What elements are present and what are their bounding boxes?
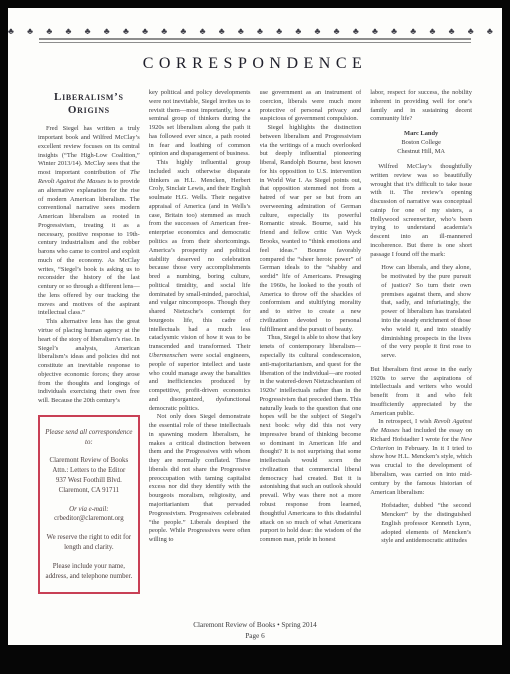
signature-name: Marc Landy bbox=[370, 130, 472, 139]
paragraph: This highly influential group included s… bbox=[149, 159, 251, 413]
column-2: key political and policy developments we… bbox=[149, 89, 251, 613]
paragraph: But liberalism first arose in the early … bbox=[370, 366, 472, 419]
section-title: CORRESPONDENCE bbox=[8, 54, 502, 74]
blockquote: How can liberals, and they alone, be mot… bbox=[381, 264, 471, 360]
column-3: use government as an instrument of coerc… bbox=[260, 89, 362, 613]
heading-line-1: Liberalism’s bbox=[38, 91, 140, 104]
paragraph: key political and policy developments we… bbox=[149, 89, 251, 159]
double-rule-divider bbox=[39, 38, 471, 43]
paragraph: Thus, Siegel is able to show that key te… bbox=[260, 334, 362, 544]
signature-affiliation: Chestnut Hill, MA bbox=[370, 148, 472, 157]
magazine-page: ♣ ♣ ♣ ♣ ♣ ♣ ♣ ♣ ♣ ♣ ♣ ♣ ♣ ♣ ♣ ♣ ♣ ♣ ♣ ♣ … bbox=[8, 8, 502, 645]
paragraph: Siegel highlights the distinction betwee… bbox=[260, 124, 362, 334]
box-address: Claremont Review of Books Attn.: Letters… bbox=[45, 456, 133, 495]
column-4: labor, respect for success, the nobility… bbox=[370, 89, 472, 613]
paragraph: use government as an instrument of coerc… bbox=[260, 89, 362, 124]
text-columns: Liberalism’s Origins Fred Siegel has wri… bbox=[38, 89, 472, 613]
heading-line-2: Origins bbox=[38, 104, 140, 117]
paragraph: This alternative lens has the great virt… bbox=[38, 318, 140, 406]
paragraph: Wilfred McClay’s thoughtfully written re… bbox=[370, 163, 472, 259]
address-line-3: 937 West Foothill Blvd. bbox=[45, 476, 133, 486]
address-line-4: Claremont, CA 91711 bbox=[45, 486, 133, 496]
box-note-include: Please include your name, address, and t… bbox=[45, 562, 133, 582]
email-address: crbeditor@claremont.org bbox=[45, 514, 133, 524]
paragraph: Not only does Siegel demonstrate the ess… bbox=[149, 413, 251, 544]
correspondence-box: Please send all correspondence to: Clare… bbox=[38, 415, 140, 595]
paragraph: In retrospect, I wish Revolt Against the… bbox=[370, 418, 472, 497]
column-1: Liberalism’s Origins Fred Siegel has wri… bbox=[38, 89, 140, 613]
footer-journal-date: Claremont Review of Books • Spring 2014 bbox=[8, 620, 502, 631]
page-footer: Claremont Review of Books • Spring 2014 … bbox=[8, 620, 502, 642]
column-1-body: Fred Siegel has written a truly importan… bbox=[38, 125, 140, 406]
address-line-2: Attn.: Letters to the Editor bbox=[45, 466, 133, 476]
paragraph: Fred Siegel has written a truly importan… bbox=[38, 125, 140, 318]
box-note-edit: We reserve the right to edit for length … bbox=[45, 533, 133, 553]
box-email-group: Or via e-mail: crbeditor@claremont.org bbox=[45, 505, 133, 525]
footer-page-number: Page 6 bbox=[8, 631, 502, 642]
ornament-frieze-row: ♣ ♣ ♣ ♣ ♣ ♣ ♣ ♣ ♣ ♣ ♣ ♣ ♣ ♣ ♣ ♣ ♣ ♣ ♣ ♣ … bbox=[8, 26, 502, 37]
blockquote: Hofstadter, dubbed “the second Mencken” … bbox=[381, 502, 471, 546]
box-intro: Please send all correspondence to: bbox=[45, 428, 133, 448]
paragraph: labor, respect for success, the nobility… bbox=[370, 89, 472, 124]
scanned-page-background: { "page": { "ornament_char": "♣", "ornam… bbox=[0, 0, 510, 674]
letter-signature: Marc LandyBoston CollegeChestnut Hill, M… bbox=[370, 130, 472, 157]
email-label: Or via e-mail: bbox=[45, 505, 133, 515]
signature-affiliation: Boston College bbox=[370, 139, 472, 148]
address-line-1: Claremont Review of Books bbox=[45, 456, 133, 466]
letter-section-heading: Liberalism’s Origins bbox=[38, 91, 140, 117]
